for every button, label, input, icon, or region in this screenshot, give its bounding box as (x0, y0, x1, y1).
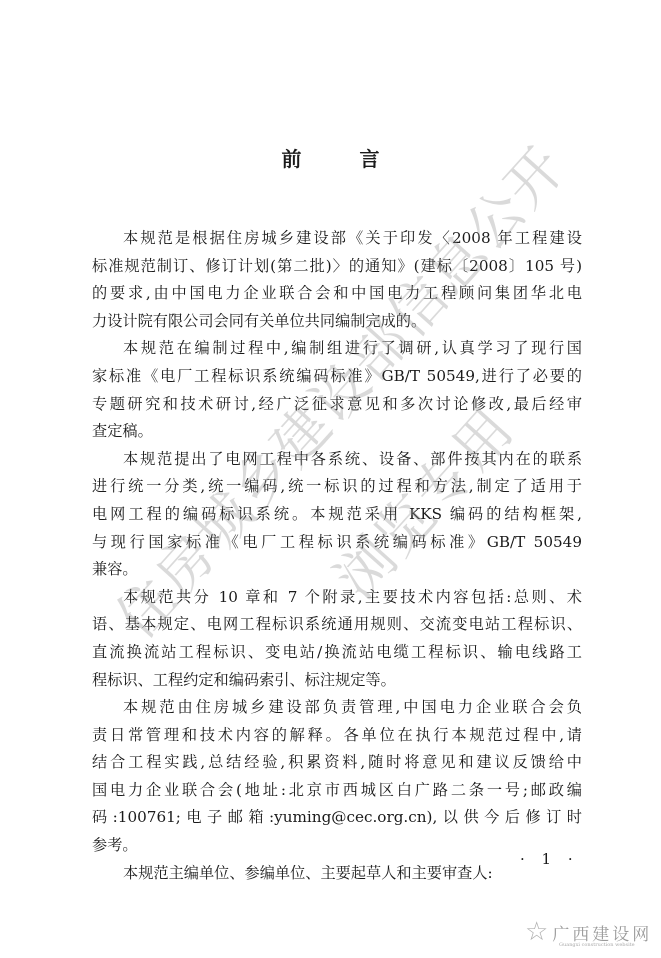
text-line: 电网工程的编码标识系统。本规范采用 KKS 编码的结构框架, (92, 501, 582, 529)
text-line: 查定稿。 (92, 418, 582, 446)
preface-body: 本规范是根据住房城乡建设部《关于印发〈2008 年工程建设 标准规范制订、修订计… (92, 225, 582, 887)
page-title: 前言 (0, 143, 661, 172)
text-line: 码:100761;电子邮箱:yuming@cec.org.cn),以供今后修订时 (92, 804, 582, 832)
text-line: 本规范主编单位、参编单位、主要起草人和主要审查人: (92, 860, 582, 888)
page-number: · 1 · (520, 850, 579, 868)
text-line: 的要求,由中国电力企业联合会和中国电力工程顾问集团华北电 (92, 280, 582, 308)
text-line: 家标准《电厂工程标识系统编码标准》GB/T 50549,进行了必要的 (92, 363, 582, 391)
star-icon: ☆ (525, 917, 548, 947)
title-char-1: 前 (282, 143, 302, 172)
text-line: 与现行国家标准《电厂工程标识系统编码标准》GB/T 50549 (92, 529, 582, 557)
text-line: 结合工程实践,总结经验,积累资料,随时将意见和建议反馈给中 (92, 749, 582, 777)
text-line: 力设计院有限公司会同有关单位共同编制完成的。 (92, 308, 582, 336)
text-line: 国电力企业联合会(地址:北京市西城区白广路二条一号;邮政编 (92, 777, 582, 805)
logo-subtitle: Guangxi construction website (559, 942, 635, 948)
text-line: 语、基本规定、电网工程标识系统通用规则、交流变电站工程标识、 (92, 611, 582, 639)
text-line: 本规范提出了电网工程中各系统、设备、部件按其内在的联系 (92, 446, 582, 474)
text-line: 本规范共分 10 章和 7 个附录,主要技术内容包括:总则、术 (92, 584, 582, 612)
text-line: 参考。 (92, 832, 582, 860)
text-line: 兼容。 (92, 556, 582, 584)
title-char-2: 言 (360, 143, 380, 172)
text-line: 直流换流站工程标识、变电站/换流站电缆工程标识、输电线路工 (92, 639, 582, 667)
logo-name: 广西建设网 (552, 920, 652, 945)
text-line: 本规范在编制过程中,编制组进行了调研,认真学习了现行国 (92, 335, 582, 363)
text-line: 责日常管理和技术内容的解释。各单位在执行本规范过程中,请 (92, 722, 582, 750)
text-line: 本规范由住房城乡建设部负责管理,中国电力企业联合会负 (92, 694, 582, 722)
text-line: 程标识、工程约定和编码索引、标注规定等。 (92, 667, 582, 695)
text-line: 进行统一分类,统一编码,统一标识的过程和方法,制定了适用于 (92, 473, 582, 501)
text-line: 专题研究和技术研讨,经广泛征求意见和多次讨论修改,最后经审 (92, 391, 582, 419)
text-line: 本规范是根据住房城乡建设部《关于印发〈2008 年工程建设 (92, 225, 582, 253)
site-logo: ☆ 广西建设网 Guangxi construction website (525, 912, 661, 952)
text-line: 标准规范制订、修订计划(第二批)〉的通知》(建标〔2008〕105 号) (92, 253, 582, 281)
